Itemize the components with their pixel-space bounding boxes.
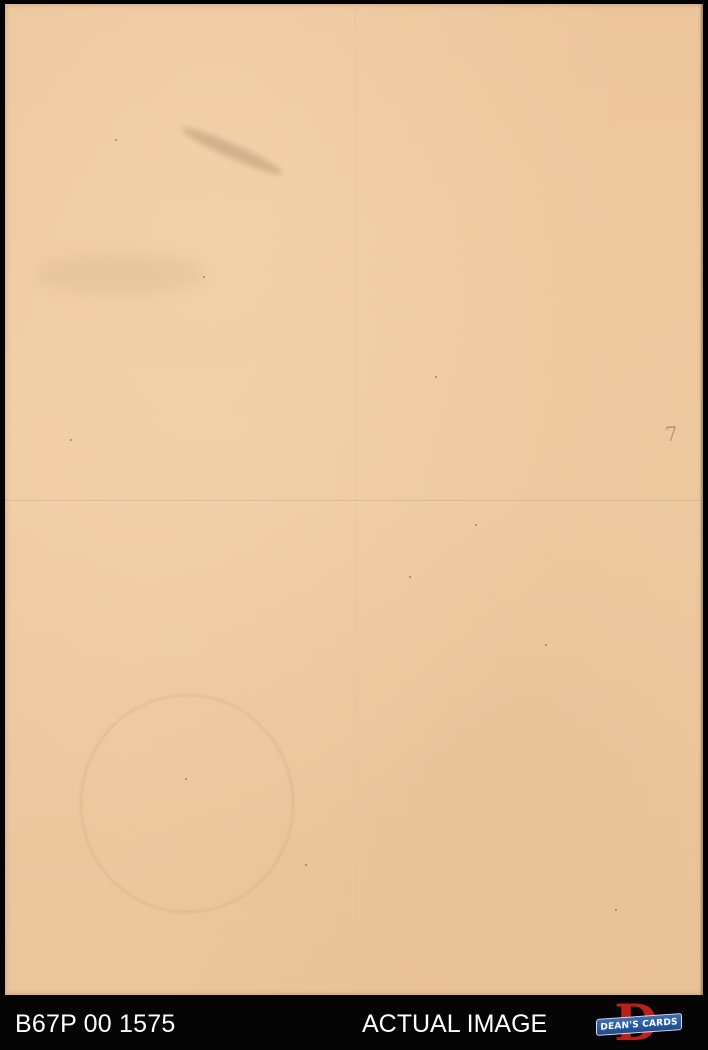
smudge-mark xyxy=(179,122,285,180)
horizontal-fold-crease xyxy=(5,500,703,502)
card-id: B67P 00 1575 xyxy=(15,1010,175,1039)
speck xyxy=(545,644,547,646)
speck xyxy=(615,909,617,911)
speck xyxy=(70,439,72,441)
actual-image-label: ACTUAL IMAGE xyxy=(362,1010,547,1039)
photo-frame: 7 xyxy=(0,0,708,1050)
card-edge-shadow xyxy=(700,4,703,995)
speck xyxy=(115,139,117,141)
logo-banner: DEAN'S CARDS xyxy=(596,1013,682,1036)
circular-ghost-mark xyxy=(80,694,294,913)
speck xyxy=(475,524,477,526)
speck xyxy=(409,576,411,578)
stain xyxy=(35,254,205,294)
logo-banner-text: DEAN'S CARDS xyxy=(600,1017,677,1032)
speck xyxy=(305,864,307,866)
card-back: 7 xyxy=(5,4,703,995)
speck xyxy=(185,778,187,780)
footer-bar: B67P 00 1575 ACTUAL IMAGE D DEAN'S CARDS xyxy=(0,995,708,1050)
dean-s-cards-logo: D DEAN'S CARDS xyxy=(596,1001,682,1047)
speck xyxy=(435,376,437,378)
pencil-mark: 7 xyxy=(664,422,678,447)
speck xyxy=(203,276,205,278)
